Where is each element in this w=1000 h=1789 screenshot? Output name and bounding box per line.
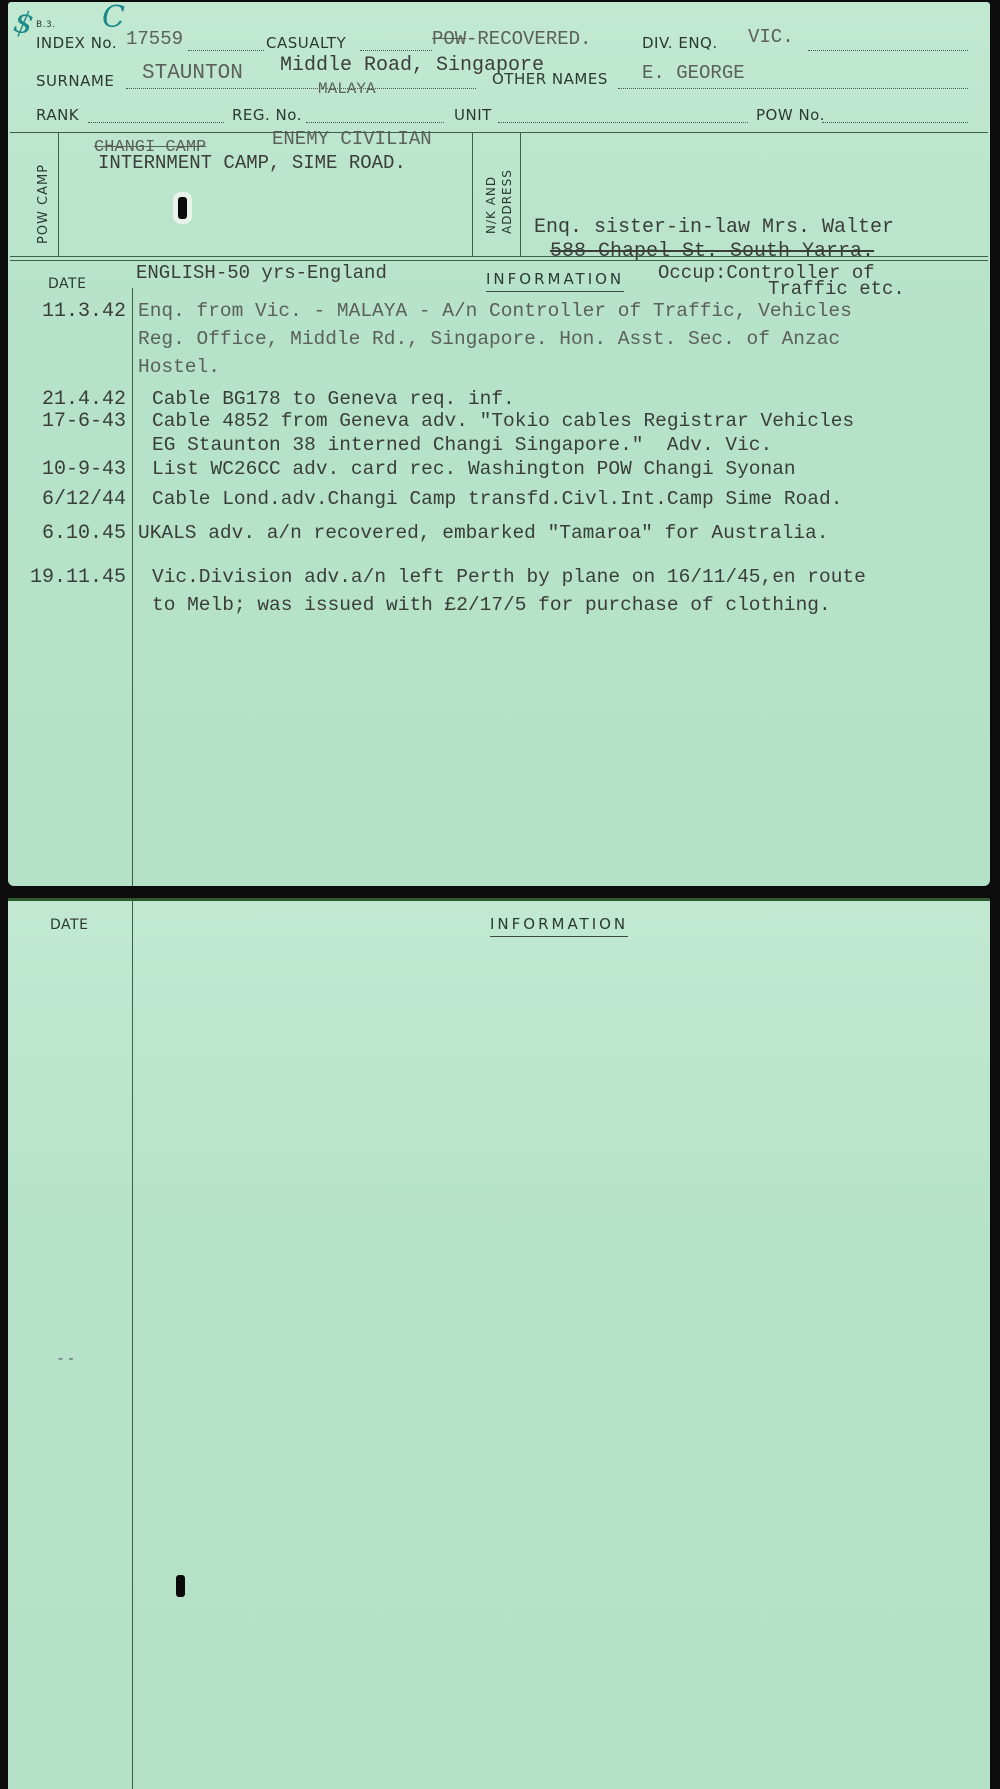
entry-text-line: Vic.Division adv.a/n left Perth by plane… bbox=[152, 566, 866, 588]
entry-text-line: Reg. Office, Middle Rd., Singapore. Hon.… bbox=[138, 328, 840, 350]
rank-label: RANK bbox=[36, 106, 79, 124]
index-value: 17559 bbox=[126, 28, 183, 50]
pow-no-label: POW No. bbox=[756, 106, 825, 124]
entry-text-line: Cable BG178 to Geneva req. inf. bbox=[152, 388, 515, 410]
entry-date: 19.11.45 bbox=[8, 566, 126, 589]
nok-line-2-struck: 588 Chapel St. South Yarra. bbox=[550, 240, 874, 263]
unit-label: UNIT bbox=[454, 106, 492, 124]
stray-mark: - - bbox=[58, 1351, 74, 1367]
entry-text-line: EG Staunton 38 interned Changi Singapore… bbox=[152, 434, 772, 456]
entry-text-line: Hostel. bbox=[138, 356, 220, 378]
entry-date: 17-6-43 bbox=[8, 410, 126, 433]
entry-text-line: Enq. from Vic. - MALAYA - A/n Controller… bbox=[138, 300, 852, 322]
entry-text-line: Cable 4852 from Geneva adv. "Tokio cable… bbox=[152, 410, 854, 432]
other-names-value: E. GEORGE bbox=[642, 62, 745, 84]
index-label: INDEX No. bbox=[36, 34, 117, 52]
entry-text-line: to Melb; was issued with £2/17/5 for pur… bbox=[152, 594, 831, 616]
pow-camp-line-1: ENEMY CIVILIAN bbox=[272, 128, 432, 150]
back-date-column-label: DATE bbox=[50, 917, 88, 933]
nok-line-1: Enq. sister-in-law Mrs. Walter bbox=[534, 216, 894, 239]
date-column-label: DATE bbox=[48, 276, 86, 292]
record-card-back: DATE INFORMATION - - bbox=[8, 898, 990, 1789]
div-enq-label: DIV. ENQ. bbox=[642, 34, 718, 52]
entry-date: 6/12/44 bbox=[8, 488, 126, 511]
information-heading: INFORMATION bbox=[486, 270, 624, 292]
handwritten-mark: $ bbox=[11, 4, 37, 42]
handwritten-mark: C bbox=[102, 0, 125, 35]
casualty-label: CASUALTY bbox=[266, 34, 346, 52]
casualty-struck-value: POW bbox=[432, 28, 466, 50]
entry-text-line: List WC26CC adv. card rec. Washington PO… bbox=[152, 458, 796, 480]
entry-date: 21.4.42 bbox=[8, 388, 126, 411]
entry-date: 11.3.42 bbox=[8, 300, 126, 323]
nok-label-line-2: ADDRESS bbox=[500, 169, 514, 234]
occupation-line-2: Traffic etc. bbox=[768, 278, 905, 300]
nok-label-line-1: N/K AND bbox=[484, 176, 498, 234]
entry-date: 6.10.45 bbox=[8, 522, 126, 545]
reg-no-label: REG. No. bbox=[232, 106, 302, 124]
casualty-value: -RECOVERED. bbox=[466, 28, 591, 50]
entry-text-line: UKALS adv. a/n recovered, embarked "Tama… bbox=[138, 522, 828, 544]
other-names-label: OTHER NAMES bbox=[492, 70, 608, 88]
punch-hole bbox=[178, 197, 187, 219]
nationality-note: ENGLISH-50 yrs-England bbox=[136, 262, 387, 284]
address-line-2: MALAYA bbox=[318, 80, 376, 98]
record-card-front: $ C B.3. INDEX No. 17559 CASUALTY POW -R… bbox=[8, 2, 990, 886]
div-enq-value: VIC. bbox=[748, 26, 794, 48]
entry-text-line: Cable Lond.adv.Changi Camp transfd.Civl.… bbox=[152, 488, 842, 510]
punch-hole bbox=[176, 1575, 185, 1597]
back-information-heading: INFORMATION bbox=[490, 915, 628, 937]
pow-camp-line-2: INTERNMENT CAMP, SIME ROAD. bbox=[98, 152, 406, 174]
entry-date: 10-9-43 bbox=[8, 458, 126, 481]
form-code: B.3. bbox=[36, 20, 56, 30]
surname-label: SURNAME bbox=[36, 72, 114, 90]
surname-value: STAUNTON bbox=[142, 62, 243, 85]
pow-camp-label: POW CAMP bbox=[36, 164, 51, 244]
